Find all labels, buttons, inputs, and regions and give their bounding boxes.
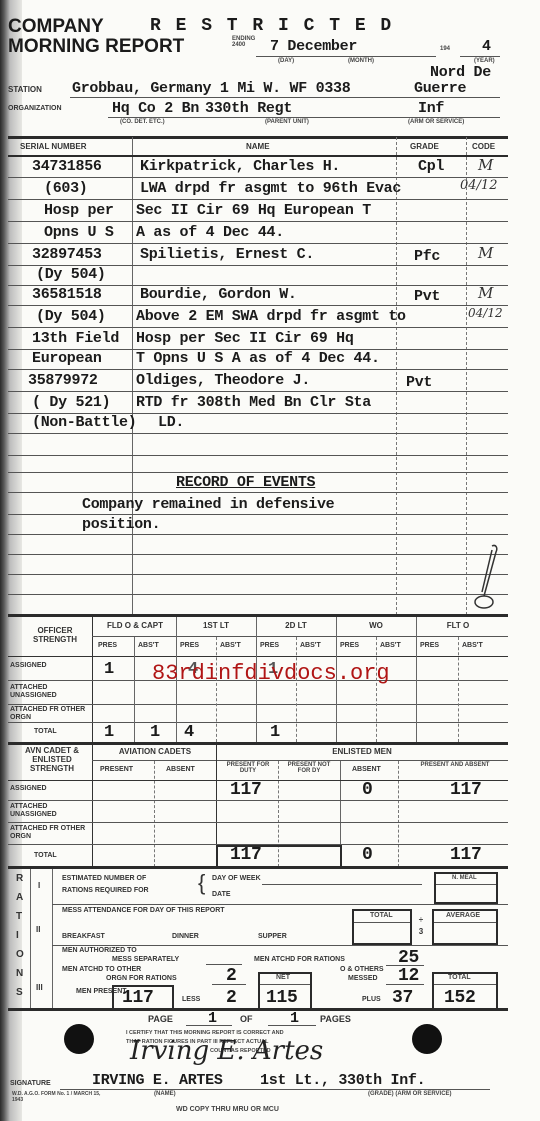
cell-total-present-and-absent: 117 bbox=[450, 845, 482, 865]
sublabel-name: (NAME) bbox=[154, 1091, 176, 1097]
col-grade: GRADE bbox=[410, 142, 439, 151]
signature-label: SIGNATURE bbox=[10, 1080, 51, 1087]
punch-hole-left bbox=[64, 1024, 94, 1054]
station-extra-2: Guerre bbox=[414, 80, 466, 97]
less-label: LESS bbox=[182, 996, 200, 1003]
subhead-present: PRESENT bbox=[100, 766, 133, 773]
handwritten-signature: Irving E. Artes bbox=[130, 1036, 323, 1066]
year-prefix: 194 bbox=[440, 46, 450, 52]
report-year-digit: 4 bbox=[482, 38, 491, 55]
subhead-present-and-absent: PRESENT AND ABSENT bbox=[410, 762, 500, 768]
serial: (603) bbox=[44, 180, 88, 197]
less-value: 2 bbox=[226, 988, 237, 1008]
net-value: 115 bbox=[266, 988, 298, 1008]
cell: 1 bbox=[104, 723, 114, 742]
side-letter: S bbox=[16, 987, 23, 998]
serial: European bbox=[32, 350, 102, 367]
events-line-2: position. bbox=[82, 516, 160, 533]
average-label: AVERAGE bbox=[446, 912, 480, 919]
station-value: Grobbau, Germany 1 Mi W. WF 0338 bbox=[72, 80, 350, 97]
row-label-assigned: ASSIGNED bbox=[10, 785, 47, 792]
serial: 13th Field bbox=[32, 330, 119, 347]
col-serial-number: SERIAL NUMBER bbox=[20, 142, 87, 151]
subhead: ABS'T bbox=[462, 642, 483, 649]
dinner-label: DINNER bbox=[172, 933, 199, 940]
group-wo: WO bbox=[336, 621, 416, 630]
sublabel-day: (DAY) bbox=[278, 58, 294, 64]
sublabel-arm: (ARM OR SERVICE) bbox=[408, 119, 464, 125]
est-rations-label-1: ESTIMATED NUMBER OF bbox=[62, 875, 146, 882]
signer-name: IRVING E. ARTES bbox=[92, 1072, 223, 1089]
brace-icon: { bbox=[198, 870, 205, 896]
subhead: ABS'T bbox=[300, 642, 321, 649]
form-note: W.D. A.G.O. FORM No. 1 / MARCH 15, 1943 bbox=[12, 1091, 102, 1103]
plus-value: 37 bbox=[392, 988, 413, 1008]
side-letter: O bbox=[16, 949, 24, 960]
o-others-label-1: O & OTHERS bbox=[340, 966, 384, 973]
officer-strength-label: OFFICER STRENGTH bbox=[20, 626, 90, 644]
enlisted-strength-label: AVN CADET & ENLISTED STRENGTH bbox=[14, 746, 90, 773]
rations-total-label: TOTAL bbox=[448, 974, 471, 981]
cell: 4 bbox=[184, 723, 194, 742]
grade: Pvt bbox=[406, 374, 432, 391]
entry-text: LD. bbox=[158, 414, 184, 431]
o-others-value: 12 bbox=[398, 966, 419, 986]
grade: Pvt bbox=[414, 288, 440, 305]
rations-total-value: 152 bbox=[444, 988, 476, 1008]
pages-label: PAGES bbox=[320, 1014, 351, 1024]
station-label: STATION bbox=[8, 85, 42, 94]
mess-attendance-title: MESS ATTENDANCE FOR DAY OF THIS REPORT bbox=[62, 907, 225, 914]
subhead: PRES bbox=[180, 642, 199, 649]
organization-unit: Hq Co 2 Bn bbox=[112, 100, 199, 117]
side-letter: A bbox=[16, 892, 23, 903]
subhead: PRES bbox=[420, 642, 439, 649]
men-present-value: 117 bbox=[122, 988, 154, 1008]
subhead-absent: ABSENT bbox=[166, 766, 195, 773]
mess-total-label: TOTAL bbox=[370, 912, 393, 919]
divide-by-three: ÷ 3 bbox=[416, 914, 426, 938]
subhead-absent-em: ABSENT bbox=[352, 766, 381, 773]
serial: 32897453 bbox=[32, 246, 102, 263]
section-i-number: I bbox=[38, 881, 40, 890]
row-label-assigned: ASSIGNED bbox=[10, 662, 47, 669]
handwritten-mark-icon bbox=[470, 540, 510, 620]
group-2d-lt: 2D LT bbox=[256, 621, 336, 630]
col-name: NAME bbox=[246, 142, 270, 151]
code-handwritten: 04/12 bbox=[468, 306, 503, 320]
sublabel-co: (CO. DET. ETC.) bbox=[120, 119, 165, 125]
form-title-company: COMPANY bbox=[8, 16, 104, 38]
row-label-attached-unassigned: ATTACHED UNASSIGNED bbox=[10, 803, 90, 819]
entry-text: LWA drpd fr asgmt to 96th Evac bbox=[140, 180, 401, 197]
form-title-morning-report: MORNING REPORT bbox=[8, 36, 184, 58]
ending-label: ENDING 2400 bbox=[232, 36, 254, 48]
net-label: NET bbox=[276, 974, 290, 981]
cell-assigned-absent: 0 bbox=[362, 780, 373, 800]
organization-parent: 330th Regt bbox=[205, 100, 292, 117]
sublabel-parent: (PARENT UNIT) bbox=[265, 119, 309, 125]
organization-label: ORGANIZATION bbox=[8, 105, 62, 112]
men-authorized-label-1: MEN AUTHORIZED TO bbox=[62, 947, 137, 954]
entry-text: A as of 4 Dec 44. bbox=[136, 224, 284, 241]
subhead: PRES bbox=[340, 642, 359, 649]
group-enlisted-men: ENLISTED MEN bbox=[216, 747, 508, 756]
subhead: PRES bbox=[98, 642, 117, 649]
serial: (Dy 504) bbox=[36, 308, 106, 325]
row-label-attached-unassigned: ATTACHED UNASSIGNED bbox=[10, 684, 90, 700]
cell: 1 bbox=[270, 723, 280, 742]
signer-grade: 1st Lt., 330th Inf. bbox=[260, 1072, 425, 1089]
cell-total-absent: 0 bbox=[362, 845, 373, 865]
entry-text: T Opns U S A as of 4 Dec 44. bbox=[136, 350, 380, 367]
subhead: ABS'T bbox=[220, 642, 241, 649]
serial: 35879972 bbox=[28, 372, 98, 389]
serial: Hosp per bbox=[44, 202, 114, 219]
group-fld-o-capt: FLD O & CAPT bbox=[94, 621, 176, 630]
group-aviation-cadets: AVIATION CADETS bbox=[94, 747, 216, 756]
serial: ( Dy 521) bbox=[32, 394, 110, 411]
group-flt-o: FLT O bbox=[416, 621, 500, 630]
organization-arm: Inf bbox=[418, 100, 444, 117]
serial: (Non-Battle) bbox=[32, 414, 136, 431]
entry-text: Sec II Cir 69 Hq European T bbox=[136, 202, 371, 219]
record-of-events-title: RECORD OF EVENTS bbox=[176, 474, 315, 491]
side-letter: N bbox=[16, 968, 23, 979]
cell: 1 bbox=[150, 723, 160, 742]
subhead: PRES bbox=[260, 642, 279, 649]
code-handwritten: 04/12 bbox=[460, 178, 497, 193]
subhead: ABS'T bbox=[138, 642, 159, 649]
serial: Opns U S bbox=[44, 224, 114, 241]
men-atchd-for-rations-label: MEN ATCHD FOR RATIONS bbox=[254, 956, 345, 963]
code-handwritten: M bbox=[478, 284, 493, 302]
cell: 1 bbox=[104, 660, 114, 679]
col-code: CODE bbox=[472, 142, 495, 151]
cell-assigned-present-and-absent: 117 bbox=[450, 780, 482, 800]
o-others-label-2: MESSED bbox=[348, 975, 378, 982]
sublabel-grade: (GRADE) (ARM OR SERVICE) bbox=[368, 1091, 452, 1097]
entry-text: Above 2 EM SWA drpd fr asgmt to bbox=[136, 308, 406, 325]
subhead-present-for-duty: PRESENT FOR DUTY bbox=[222, 762, 274, 774]
side-letter: T bbox=[16, 911, 22, 922]
day-of-week-label: DAY OF WEEK bbox=[212, 875, 261, 882]
breakfast-label: BREAKFAST bbox=[62, 933, 105, 940]
report-date: 7 December bbox=[270, 38, 357, 55]
subhead: ABS'T bbox=[380, 642, 401, 649]
of-label: OF bbox=[240, 1014, 253, 1024]
row-label-attached-other: ATTACHED FR OTHER ORGN bbox=[10, 825, 90, 841]
side-letter: R bbox=[16, 873, 23, 884]
entry-text: Kirkpatrick, Charles H. bbox=[140, 158, 340, 175]
serial: 34731856 bbox=[32, 158, 102, 175]
men-atchd-other-label-2: ORGN FOR RATIONS bbox=[106, 975, 177, 982]
entry-text: Oldiges, Theodore J. bbox=[136, 372, 310, 389]
men-atchd-other-value: 2 bbox=[226, 966, 237, 986]
copy-note: WD COPY THRU MRU OR MCU bbox=[176, 1106, 279, 1113]
code-handwritten: M bbox=[478, 244, 493, 262]
row-label-attached-other: ATTACHED FR OTHER ORGN bbox=[10, 706, 90, 722]
cell-assigned-present-for-duty: 117 bbox=[230, 780, 262, 800]
plus-label: PLUS bbox=[362, 996, 381, 1003]
serial: (Dy 504) bbox=[36, 266, 106, 283]
men-atchd-other-label-1: MEN ATCHD TO OTHER bbox=[62, 966, 141, 973]
grade: Pfc bbox=[414, 248, 440, 265]
supper-label: SUPPER bbox=[258, 933, 287, 940]
code-handwritten: M bbox=[478, 156, 493, 174]
sublabel-month: (MONTH) bbox=[348, 58, 374, 64]
row-label-total: TOTAL bbox=[34, 852, 57, 859]
serial: 36581518 bbox=[32, 286, 102, 303]
station-extra-1: Nord De bbox=[430, 64, 491, 81]
entry-text: Hosp per Sec II Cir 69 Hq bbox=[136, 330, 354, 347]
men-authorized-label-2: MESS SEPARATELY bbox=[112, 956, 179, 963]
entry-text: Spilietis, Ernest C. bbox=[140, 246, 314, 263]
events-line-1: Company remained in defensive bbox=[82, 496, 334, 513]
cell-total-present-for-duty: 117 bbox=[230, 845, 262, 865]
group-1st-lt: 1ST LT bbox=[176, 621, 256, 630]
classification-restricted: R E S T R I C T E D bbox=[150, 16, 393, 36]
row-label-total: TOTAL bbox=[34, 728, 57, 735]
est-rations-label-2: RATIONS REQUIRED FOR bbox=[62, 887, 149, 894]
meal-box-label: N. MEAL bbox=[452, 875, 477, 881]
page-label: PAGE bbox=[148, 1014, 173, 1024]
entry-text: RTD fr 308th Med Bn Clr Sta bbox=[136, 394, 371, 411]
punch-hole-right bbox=[412, 1024, 442, 1054]
date-label: DATE bbox=[212, 891, 231, 898]
side-letter: I bbox=[16, 930, 19, 941]
subhead-present-not-for-dy: PRESENT NOT FOR DY bbox=[282, 762, 336, 774]
section-ii-number: II bbox=[36, 925, 40, 934]
entry-text: Bourdie, Gordon W. bbox=[140, 286, 297, 303]
grade: Cpl bbox=[418, 158, 444, 175]
watermark-text: 83rdinfdivdocs.org bbox=[152, 661, 390, 686]
section-iii-number: III bbox=[36, 983, 43, 992]
